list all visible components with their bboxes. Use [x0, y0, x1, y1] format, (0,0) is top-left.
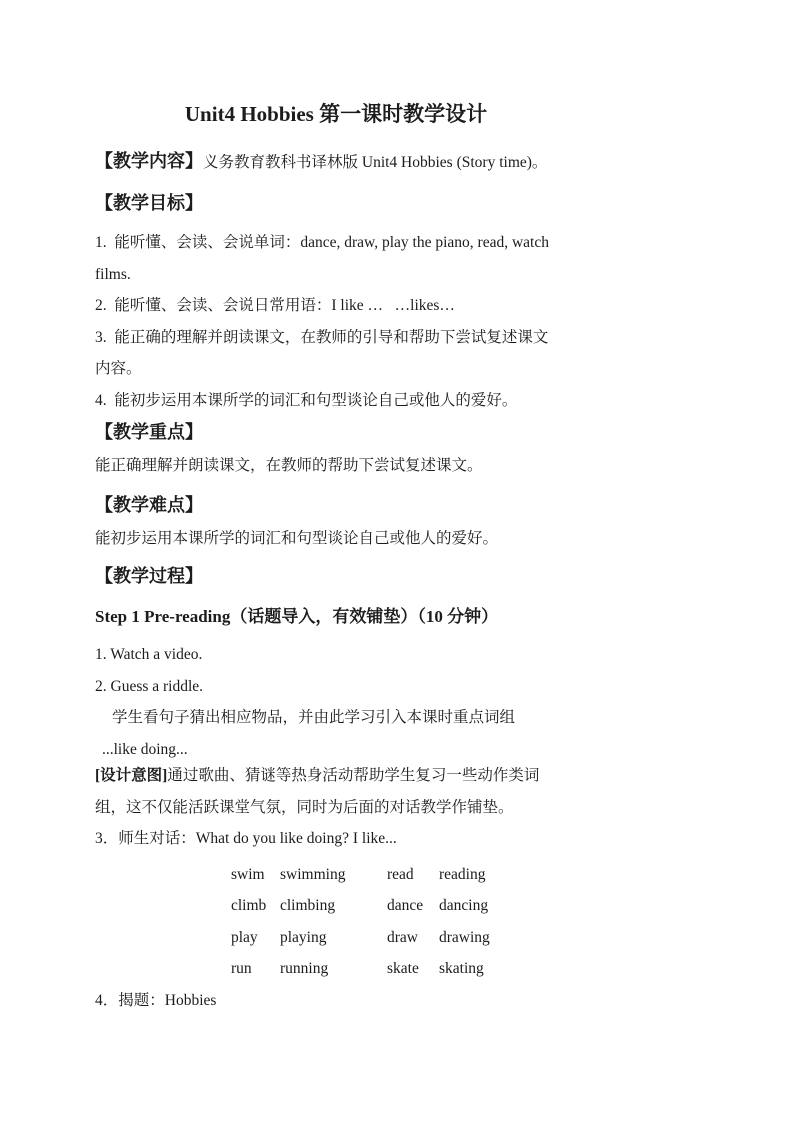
goal-line: 2. 能听懂、会读、会说日常用语：I like … …likes… [95, 290, 577, 322]
document-page: Unit4 Hobbies 第一课时教学设计 【教学内容】义务教育教科书译林版 … [0, 0, 793, 1122]
goal-line: 3. 能正确的理解并朗读课文，在教师的引导和帮助下尝试复述课文 [95, 322, 577, 354]
word-cell: skating [439, 953, 577, 985]
word-cell: read [387, 859, 439, 891]
dialogue-line: 3．师生对话：What do you like doing? I like... [95, 823, 577, 855]
design-intent-line1: [设计意图]通过歌曲、猜谜等热身活动帮助学生复习一些动作类词 [95, 760, 577, 792]
section-header-goals: 【教学目标】 [95, 187, 577, 219]
step1-activities: 1. Watch a video. 2. Guess a riddle. 学生看… [95, 639, 577, 765]
word-cell: skate [387, 953, 439, 985]
word-cell: dancing [439, 890, 577, 922]
goals-list: 1. 能听懂、会读、会说单词：dance, draw, play the pia… [95, 227, 577, 416]
word-cell: run [231, 953, 280, 985]
word-cell: play [231, 922, 280, 954]
reveal-topic-line: 4．揭题：Hobbies [95, 985, 577, 1017]
goal-line: 4. 能初步运用本课所学的词汇和句型谈论自己或他人的爱好。 [95, 385, 577, 417]
word-cell: reading [439, 859, 577, 891]
section-header-process: 【教学过程】 [95, 560, 577, 592]
activity-line: 2. Guess a riddle. [95, 671, 577, 703]
section-header-difficulties: 【教学难点】 [95, 489, 577, 521]
design-intent-paragraph: [设计意图]通过歌曲、猜谜等热身活动帮助学生复习一些动作类词 组，这不仅能活跃课… [95, 760, 577, 823]
design-intent-line2: 组，这不仅能活跃课堂气氛，同时为后面的对话教学作铺垫。 [95, 792, 577, 824]
document-content: Unit4 Hobbies 第一课时教学设计 【教学内容】义务教育教科书译林版 … [0, 0, 793, 1016]
teaching-content-text: 义务教育教科书译林版 Unit4 Hobbies (Story time)。 [203, 154, 547, 171]
section-teaching-content: 【教学内容】义务教育教科书译林版 Unit4 Hobbies (Story ti… [95, 145, 577, 179]
word-pairs-table: swim swimming read reading climb climbin… [231, 859, 577, 985]
design-intent-label: [设计意图] [95, 767, 167, 784]
riddle-note-line: 学生看句子猜出相应物品，并由此学习引入本课时重点词组 [95, 702, 577, 734]
word-cell: drawing [439, 922, 577, 954]
word-cell: swimming [280, 859, 387, 891]
section-label-teaching-content: 【教学内容】 [95, 151, 203, 171]
word-cell: running [280, 953, 387, 985]
difficulties-text: 能初步运用本课所学的词汇和句型谈论自己或他人的爱好。 [95, 523, 577, 555]
word-cell: climb [231, 890, 280, 922]
key-points-text: 能正确理解并朗读课文，在教师的帮助下尝试复述课文。 [95, 450, 577, 482]
goal-line: 内容。 [95, 353, 577, 385]
word-cell: draw [387, 922, 439, 954]
page-title: Unit4 Hobbies 第一课时教学设计 [95, 100, 577, 128]
step1-heading: Step 1 Pre-reading（话题导入，有效铺垫）（10 分钟） [95, 600, 577, 634]
section-header-key-points: 【教学重点】 [95, 416, 577, 448]
word-cell: climbing [280, 890, 387, 922]
goal-line: films. [95, 259, 577, 291]
word-cell: dance [387, 890, 439, 922]
word-cell: swim [231, 859, 280, 891]
activity-line: 1. Watch a video. [95, 639, 577, 671]
design-intent-line1-text: 通过歌曲、猜谜等热身活动帮助学生复习一些动作类词 [167, 767, 539, 784]
word-cell: playing [280, 922, 387, 954]
goal-line: 1. 能听懂、会读、会说单词：dance, draw, play the pia… [95, 227, 577, 259]
